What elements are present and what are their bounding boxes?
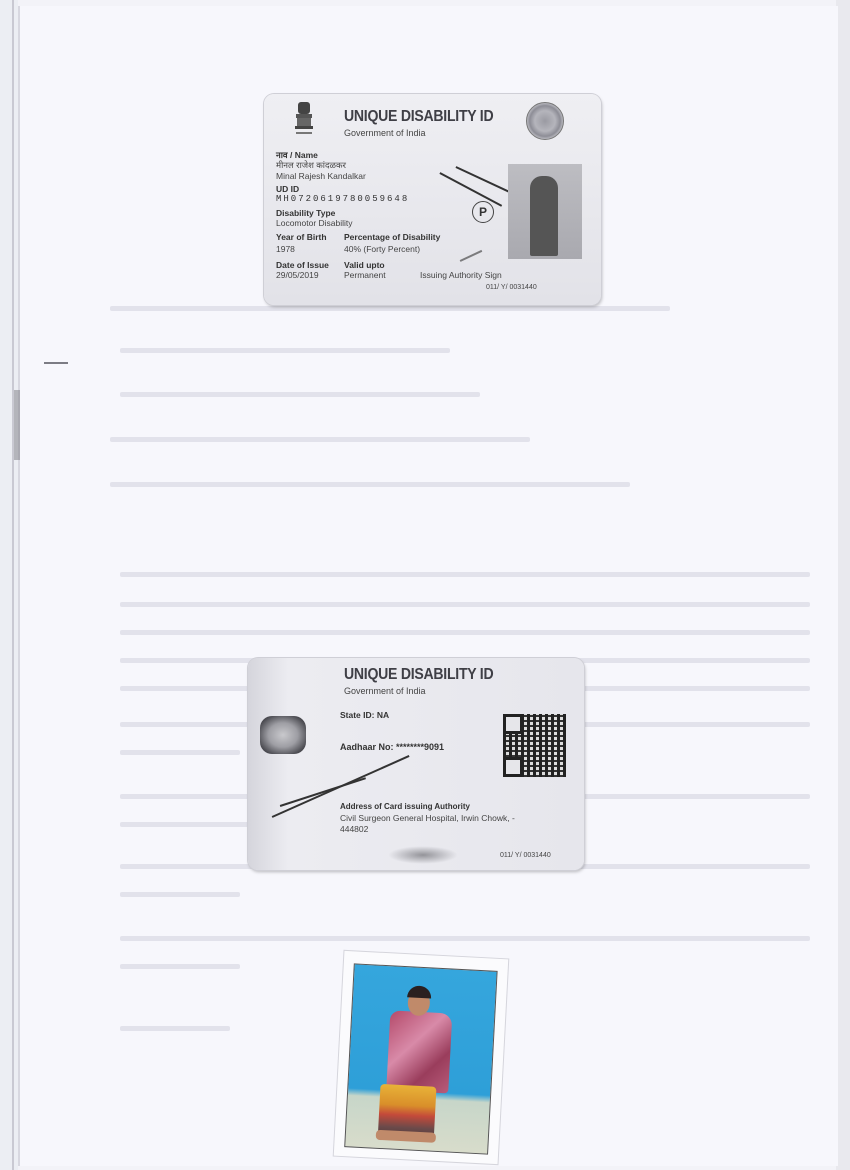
udid-card-front: UNIQUE DISABILITY ID Government of India… (264, 94, 601, 305)
bleed-through-line (120, 892, 240, 897)
stamp-smudge (388, 846, 458, 864)
bleed-through-line (120, 572, 810, 577)
person-saree-lower (378, 1084, 437, 1137)
udid-label: UD ID (276, 184, 299, 194)
bleed-through-line (120, 936, 810, 941)
disability-type-label: Disability Type (276, 208, 335, 218)
card-subtitle: Government of India (344, 128, 426, 138)
card-subtitle: Government of India (344, 686, 426, 696)
valid-upto-label: Valid upto (344, 260, 385, 270)
card-title: UNIQUE DISABILITY ID (344, 108, 493, 126)
percentage: 40% (Forty Percent) (344, 244, 420, 254)
scan-mark (44, 362, 68, 364)
authority-signature (460, 250, 482, 262)
name-marathi: मीनल राजेश कांदळकर (276, 160, 346, 171)
state-seal-icon (526, 102, 564, 140)
card-serial: 011/ Y/ 0031440 (500, 852, 551, 859)
person-silhouette (530, 176, 558, 256)
person-hair (407, 985, 432, 998)
disability-type: Locomotor Disability (276, 218, 353, 228)
holder-photo (508, 164, 582, 259)
yob-label: Year of Birth (276, 232, 327, 242)
issuing-authority-sign-label: Issuing Authority Sign (420, 270, 502, 280)
bleed-through-line (110, 482, 630, 487)
udid-card-back: UNIQUE DISABILITY ID Government of India… (248, 658, 584, 870)
scan-left-edge (0, 0, 18, 1170)
person-saree (386, 1010, 452, 1093)
address-line-2: 444802 (340, 824, 368, 834)
signature-stroke (440, 172, 503, 206)
bleed-through-line (120, 392, 480, 397)
yob: 1978 (276, 244, 295, 254)
india-map-icon (260, 716, 306, 754)
bleed-through-line (120, 348, 450, 353)
udid-number: MH0720619780059648 (276, 194, 409, 204)
passport-photo (334, 951, 509, 1164)
card-serial: 011/ Y/ 0031440 (486, 284, 537, 291)
bleed-through-line (110, 437, 530, 442)
bleed-through-line (120, 602, 810, 607)
state-id: State ID: NA (340, 710, 389, 720)
holder-name: Minal Rajesh Kandalkar (276, 171, 366, 181)
photo-image (344, 963, 497, 1154)
p-mark-icon: P (472, 201, 494, 223)
address-line-1: Civil Surgeon General Hospital, Irwin Ch… (340, 813, 515, 823)
signature-stroke (456, 166, 511, 193)
address-label: Address of Card issuing Authority (340, 802, 470, 811)
qr-code-icon (503, 714, 566, 777)
card-title: UNIQUE DISABILITY ID (344, 666, 493, 684)
scan-mark (14, 390, 20, 460)
bleed-through-line (120, 630, 810, 635)
national-emblem-icon (292, 100, 316, 138)
bleed-through-line (120, 964, 240, 969)
bleed-through-line (120, 750, 240, 755)
issue-date-label: Date of Issue (276, 260, 329, 270)
valid-upto: Permanent (344, 270, 386, 280)
scan-right-edge (836, 0, 850, 1170)
issue-date: 29/05/2019 (276, 270, 319, 280)
person-feet (376, 1130, 436, 1143)
bleed-through-line (120, 1026, 230, 1031)
percentage-label: Percentage of Disability (344, 232, 440, 242)
aadhaar-number: Aadhaar No: ********9091 (340, 742, 444, 752)
bleed-through-line (110, 306, 670, 311)
